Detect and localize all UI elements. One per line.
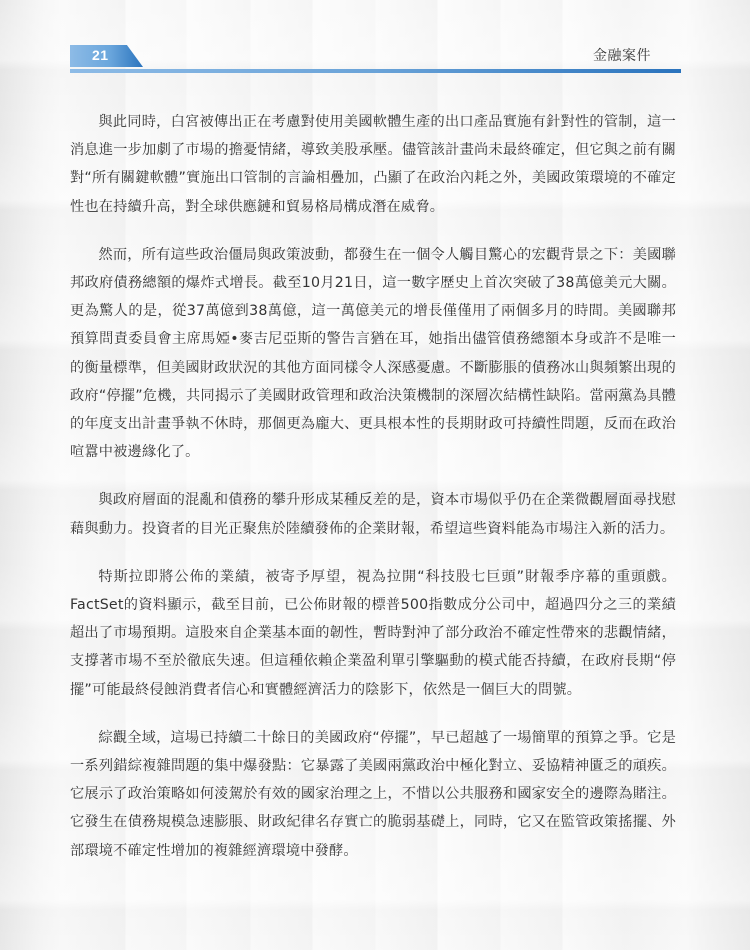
page-header: 21 金融案件 [70,45,681,73]
section-title: 金融案件 [593,45,651,65]
article-body: 與此同時，白宮被傳出正在考慮對使用美國軟體生產的出口產品實施有針對性的管制，這一… [70,108,676,885]
paragraph-2: 然而，所有這些政治僵局與政策波動，都發生在一個令人觸目驚心的宏觀背景之下：美國聯… [70,241,676,467]
paragraph-1: 與此同時，白宮被傳出正在考慮對使用美國軟體生產的出口產品實施有針對性的管制，這一… [70,108,676,221]
page-number: 21 [92,47,109,63]
header-divider [70,69,681,73]
paragraph-4: 特斯拉即將公佈的業績，被寄予厚望，視為拉開“科技股七巨頭”財報季序幕的重頭戲。F… [70,563,676,704]
paragraph-5: 綜觀全域，這場已持續二十餘日的美國政府“停擺”，早已超越了一場簡單的預算之爭。它… [70,724,676,865]
paragraph-3: 與政府層面的混亂和債務的攀升形成某種反差的是，資本市場似乎仍在企業微觀層面尋找慰… [70,486,676,542]
